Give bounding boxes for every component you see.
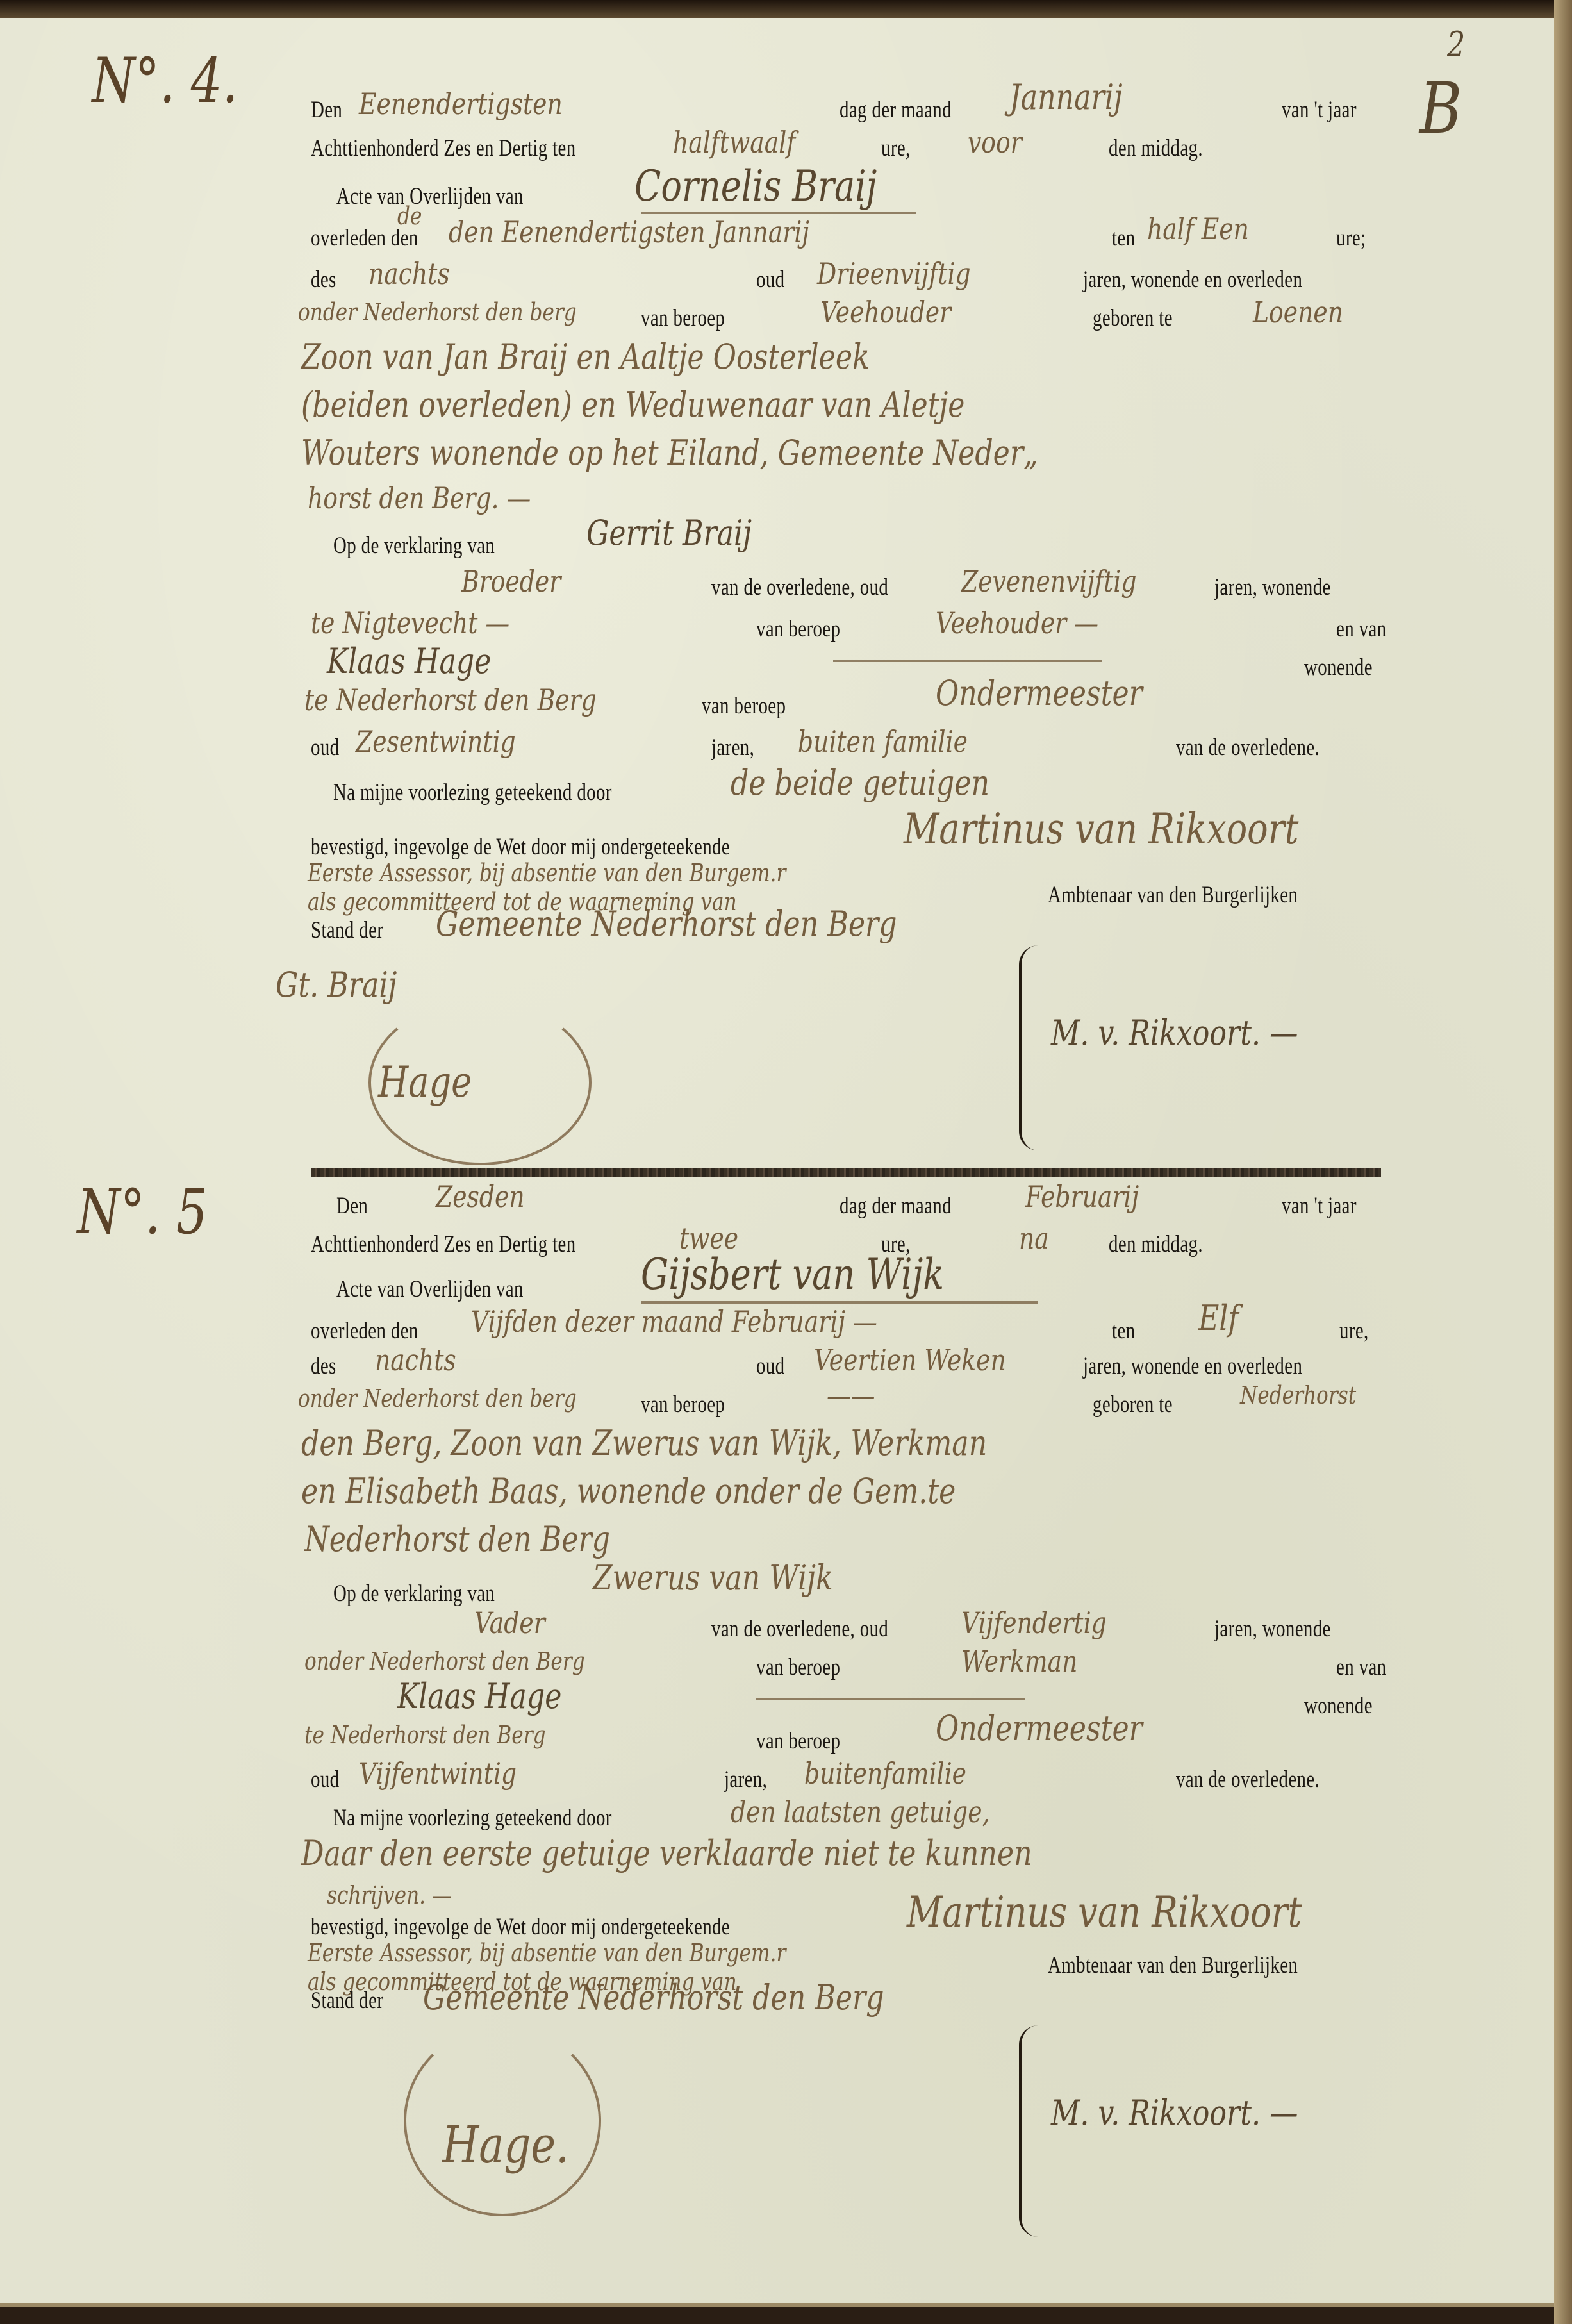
field-day: Zesden [436, 1179, 525, 1214]
signature-official: M. v. Rikxoort. — [1051, 2093, 1298, 2133]
field-signed-by: den laatsten getuige, [731, 1795, 990, 1829]
field-declarant1-name: Gerrit Braij [586, 513, 752, 553]
label-jaren-wonende-overleden: jaren, wonende en overleden [1083, 266, 1302, 294]
label-jaren: jaren, [724, 1766, 767, 1793]
field-municipality: Gemeente Nederhorst den Berg [423, 1977, 884, 2018]
page-number: 2 [1447, 24, 1465, 65]
label-des: des [311, 266, 336, 294]
field-declarant2-residence: te Nederhorst den Berg [304, 683, 597, 717]
field-declarant2-age: Zesentwintig [356, 724, 516, 759]
field-deceased-name: Gijsbert van Wijk [641, 1250, 944, 1299]
details-line-1: Zoon van Jan Braij en Aaltje Oosterleek [301, 336, 870, 377]
label-en-van: en van [1336, 615, 1386, 643]
field-declarant2-residence: te Nederhorst den Berg [304, 1721, 546, 1749]
label-van-beroep: van beroep [756, 1654, 840, 1681]
field-month: Februarij [1025, 1179, 1139, 1214]
field-official-name: Martinus van Rikxoort [907, 1888, 1302, 1937]
field-residence: onder Nederhorst den berg [298, 298, 577, 326]
label-na-mijne-voorlezing: Na mijne voorlezing geteekend door [333, 1804, 612, 1832]
field-time-of-day: nachts [368, 256, 450, 291]
record-separator-rule [311, 1168, 1381, 1177]
field-signed-by: de beide getuigen [731, 763, 989, 803]
field-declarant1-occupation: Werkman [961, 1644, 1077, 1679]
label-ure: ure, [881, 135, 911, 162]
label-ten: ten [1112, 1317, 1135, 1345]
field-declarant1-residence: te Nigtevecht — [311, 606, 509, 640]
corner-initial-flourish: B [1419, 67, 1462, 149]
field-declarant2-relation: buitenfamilie [804, 1756, 966, 1791]
field-time-of-day: nachts [375, 1343, 456, 1377]
field-died-on: Vijfden dezer maand Februarij — [471, 1304, 877, 1339]
blank-line [833, 660, 1102, 662]
label-year-line: Achttienhonderd Zes en Dertig ten [311, 1231, 576, 1258]
label-van-beroep: van beroep [641, 1391, 725, 1418]
name-underline [641, 212, 916, 214]
field-deceased-name: Cornelis Braij [634, 162, 877, 211]
signature-official: M. v. Rikxoort. — [1051, 1013, 1298, 1053]
field-birthplace: Nederhorst [1240, 1381, 1356, 1409]
label-den: Den [311, 96, 342, 124]
label-oud: oud [311, 734, 339, 761]
field-died-on: den Eenendertigsten Jannarij [449, 215, 809, 249]
label-van-beroep: van beroep [756, 1727, 840, 1755]
field-declarant1-relation: Broeder [461, 564, 561, 599]
field-declarant2-occupation: Ondermeester [936, 1708, 1143, 1748]
field-age: Veertien Weken [814, 1343, 1006, 1377]
label-oud: oud [756, 266, 784, 294]
label-stand-der: Stand der [311, 917, 383, 944]
label-op-de-verklaring: Op de verklaring van [333, 532, 495, 560]
field-died-hour: Elf [1198, 1298, 1239, 1338]
label-wonende: wonende [1304, 1692, 1373, 1720]
field-declarant1-age: Vijfendertig [961, 1606, 1107, 1640]
signature-flourish [404, 2025, 601, 2216]
field-declarant2-age: Vijfentwintig [359, 1756, 517, 1791]
label-bevestigd: bevestigd, ingevolge de Wet door mij ond… [311, 833, 730, 861]
label-jaren: jaren, [711, 734, 754, 761]
label-oud: oud [311, 1766, 339, 1793]
label-stand-der: Stand der [311, 1987, 383, 2014]
signature-witness-1: Gt. Braij [276, 965, 397, 1005]
label-van-t-jaar: van 't jaar [1282, 1192, 1357, 1220]
blank-line [756, 1698, 1025, 1700]
name-underline [641, 1301, 1038, 1304]
field-declarant2-name: Klaas Hage [397, 1676, 561, 1716]
label-wonende: wonende [1304, 654, 1373, 681]
label-bevestigd: bevestigd, ingevolge de Wet door mij ond… [311, 1913, 730, 1941]
field-day: Eenendertigsten [359, 87, 563, 121]
field-declarant2-relation: buiten familie [798, 724, 968, 759]
label-van-t-jaar: van 't jaar [1282, 96, 1357, 124]
field-official-name: Martinus van Rikxoort [904, 804, 1298, 854]
field-occupation: —— [827, 1378, 875, 1413]
details-line-3: Nederhorst den Berg [304, 1519, 610, 1559]
field-declarant2-name: Klaas Hage [327, 641, 491, 681]
details-line-3: Wouters wonende op het Eiland, Gemeente … [301, 433, 1038, 473]
field-died-hour: half Een [1147, 212, 1249, 246]
details-line-2: (beiden overleden) en Weduwenaar van Ale… [301, 385, 964, 425]
label-van-de-overledene-oud: van de overledene, oud [711, 1615, 888, 1643]
details-line-4: horst den Berg. — [308, 481, 531, 515]
field-declarant1-relation: Vader [474, 1606, 545, 1640]
label-van-de-overledene: van de overledene. [1176, 734, 1320, 761]
label-den-middag: den middag. [1109, 1231, 1203, 1258]
field-declarant1-age: Zevenenvijftig [961, 564, 1136, 599]
label-van-de-overledene-oud: van de overledene, oud [711, 574, 888, 601]
signature-brace [1019, 2025, 1041, 2237]
label-van-beroep: van beroep [702, 692, 786, 720]
field-declarant1-occupation: Veehouder — [936, 606, 1098, 640]
label-dag-der-maand: dag der maand [840, 1192, 952, 1220]
field-before-after: na [1019, 1221, 1049, 1256]
label-ambtenaar: Ambtenaar van den Burgerlijken [1048, 1952, 1298, 1979]
details-line-1: den Berg, Zoon van Zwerus van Wijk, Werk… [301, 1423, 987, 1463]
label-year-line: Achttienhonderd Zes en Dertig ten [311, 135, 576, 162]
label-overleden-den: overleden den [311, 1317, 418, 1345]
field-declarant1-name: Zwerus van Wijk [593, 1557, 833, 1598]
label-na-mijne-voorlezing: Na mijne voorlezing geteekend door [333, 779, 612, 806]
field-hour: halftwaalf [673, 125, 795, 160]
label-van-de-overledene: van de overledene. [1176, 1766, 1320, 1793]
label-ure-semicolon: ure; [1336, 224, 1366, 252]
label-van-beroep: van beroep [756, 615, 840, 643]
label-oud: oud [756, 1352, 784, 1380]
field-birthplace: Loenen [1253, 295, 1343, 329]
field-residence: onder Nederhorst den berg [298, 1384, 577, 1413]
label-op-de-verklaring: Op de verklaring van [333, 1580, 495, 1607]
signature-brace [1019, 945, 1041, 1150]
label-acte: Acte van Overlijden van [336, 1275, 524, 1303]
field-declarant2-occupation: Ondermeester [936, 673, 1143, 713]
details-line-2: en Elisabeth Baas, wonende onder de Gem.… [301, 1471, 956, 1511]
label-van-beroep: van beroep [641, 304, 725, 332]
signed-extra-line-2: schrijven. — [327, 1881, 452, 1909]
field-age: Drieenvijftig [817, 256, 971, 291]
field-occupation: Veehouder [820, 295, 951, 329]
label-den: Den [336, 1192, 368, 1220]
signature-flourish [368, 1000, 592, 1165]
field-month: Jannarij [1009, 77, 1123, 117]
field-municipality: Gemeente Nederhorst den Berg [436, 904, 897, 944]
label-jaren-wonende: jaren, wonende [1214, 1615, 1331, 1643]
label-geboren-te: geboren te [1093, 1391, 1173, 1418]
official-title-line-1: Eerste Assessor, bij absentie van den Bu… [308, 859, 786, 887]
label-acte: Acte van Overlijden van [336, 183, 524, 210]
label-den-middag: den middag. [1109, 135, 1203, 162]
label-ure: ure, [1339, 1317, 1369, 1345]
label-jaren-wonende-overleden: jaren, wonende en overleden [1083, 1352, 1302, 1380]
label-ambtenaar: Ambtenaar van den Burgerlijken [1048, 881, 1298, 909]
record-number: N°. 4. [92, 45, 238, 117]
label-en-van: en van [1336, 1654, 1386, 1681]
label-dag-der-maand: dag der maand [840, 96, 952, 124]
book-binding-edge [1554, 0, 1572, 2324]
official-title-line-1: Eerste Assessor, bij absentie van den Bu… [308, 1939, 786, 1967]
label-ten: ten [1112, 224, 1135, 252]
label-des: des [311, 1352, 336, 1380]
signed-extra-line-1: Daar den eerste getuige verklaarde niet … [301, 1833, 1032, 1873]
label-geboren-te: geboren te [1093, 304, 1173, 332]
label-jaren-wonende: jaren, wonende [1214, 574, 1331, 601]
field-died-on-prefix: de [397, 202, 422, 230]
field-before-after: voor [968, 125, 1022, 160]
field-declarant1-residence: onder Nederhorst den Berg [304, 1647, 585, 1675]
record-number: N°. 5 [77, 1176, 207, 1248]
